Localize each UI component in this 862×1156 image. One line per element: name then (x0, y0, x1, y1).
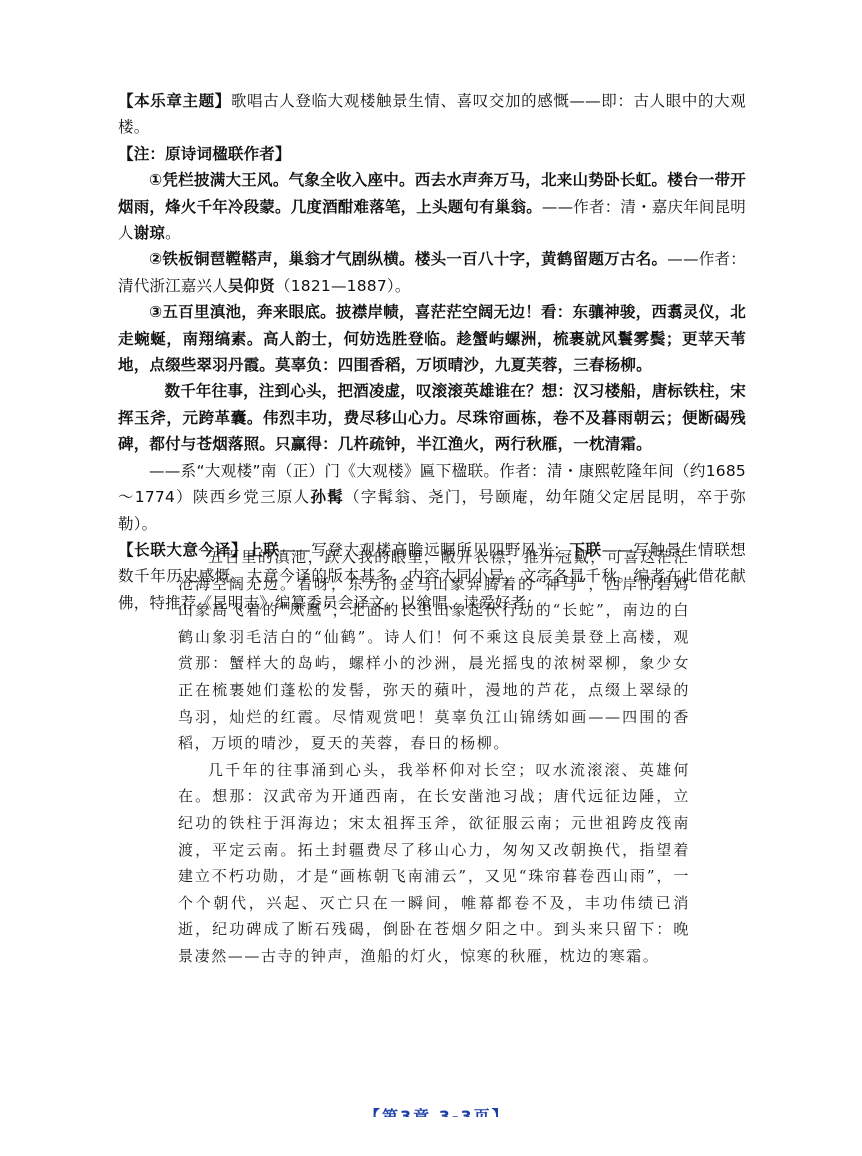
theme-label: 【本乐章主题】 (118, 92, 231, 110)
poem-2-text: ②铁板铜琶鞺鞳声，巢翁才气剧纵横。楼头一百八十字，黄鹤留题万古名。 (149, 250, 667, 268)
couplet-author: ——系“大观楼”南（正）门《大观楼》匾下楹联。作者：清・康熙乾隆年间（约1685… (118, 458, 746, 537)
poem-1-author-name: 谢琼 (134, 224, 165, 242)
couplet-upper: ③五百里滇池，奔来眼底。披襟岸帻，喜茫茫空阔无边！看：东骧神骏，西翥灵仪，北走蜿… (118, 299, 746, 378)
translation-paragraph-1: 五百里的滇池，跃入我的眼里，敞开衣襟，推开冠戴，可喜这茫茫沧海空阔无边。看呀，东… (178, 544, 690, 757)
couplet-lower: 数千年往事，注到心头，把酒凌虚，叹滚滚英雄谁在？想：汉习楼船，唐标铁柱，宋挥玉斧… (118, 378, 746, 457)
poem-1-author-suffix: 。 (165, 224, 181, 242)
document-body: 【本乐章主题】歌唱古人登临大观楼触景生情、喜叹交加的感慨——即：古人眼中的大观楼… (118, 88, 746, 616)
poem-1: ①凭栏披满大王风。气象全收入座中。西去水声奔万马，北来山势卧长虹。楼台一带开烟雨… (118, 167, 746, 246)
poem-2-author-name: 吴仰贤 (228, 277, 275, 295)
translation-block: 五百里的滇池，跃入我的眼里，敞开衣襟，推开冠戴，可喜这茫茫沧海空阔无边。看呀，东… (178, 544, 690, 970)
page-footer: 【第3章 3-3页】 (364, 1108, 498, 1117)
poem-2-author-suffix: （1821—1887）。 (275, 277, 411, 295)
theme-line: 【本乐章主题】歌唱古人登临大观楼触景生情、喜叹交加的感慨——即：古人眼中的大观楼… (118, 88, 746, 141)
translation-paragraph-2: 几千年的往事涌到心头，我举杯仰对长空；叹水流滚滚、英雄何在。想那：汉武帝为开通西… (178, 757, 690, 970)
poem-2: ②铁板铜琶鞺鞳声，巢翁才气剧纵横。楼头一百八十字，黄鹤留题万古名。——作者：清代… (118, 246, 746, 299)
note-heading: 【注：原诗词楹联作者】 (118, 141, 746, 167)
couplet-author-name: 孙髯 (310, 488, 344, 506)
